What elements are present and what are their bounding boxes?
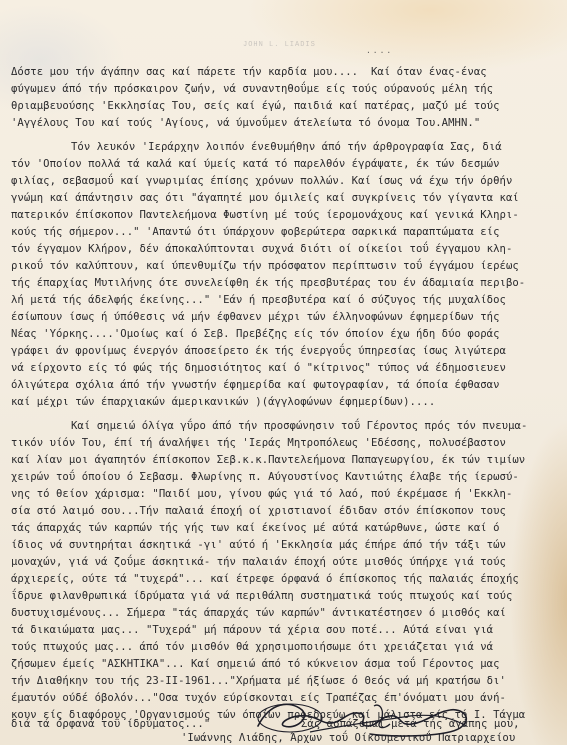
text-line: λή μετά τής άδελφής έκείνης..." 'Εάν ή π… (11, 293, 506, 307)
text-line: διά τά όρφανά τοΰ ίδρύματος..." (11, 717, 210, 731)
text-line: ρικοΰ τόν καλύπτουν, καί ύπενθυμίζω τήν … (11, 259, 519, 273)
text-line: ζήσωμεν έμείς "ΑΣΚΗΤΙΚΑ"... Καί σημειώ ά… (11, 657, 500, 671)
text-line: Τόν λευκόν 'Ιεράρχην λοιπόν ένεθυμήθην ά… (71, 140, 502, 154)
text-line: σία στό λαιμό σου...Τήν παλαιά έποχή οί … (11, 504, 506, 518)
text-line: τόν έγγαμον Κλήρον, δέν άποκαλύπτονται σ… (11, 242, 512, 256)
text-line: άρχιερείς, ούτε τά "τυχερά"... καί έτρεφ… (11, 572, 519, 586)
text-line: μοναχών, γιά νά ζοΰμε άσκητικά- τήν παλα… (11, 555, 506, 569)
text-line: γνώμη καί άπάντησιν σας ότι "άγαπητέ μου… (11, 191, 519, 205)
text-line: τόν 'Οποίον πολλά τά καλά καί ύμείς κατά… (11, 157, 500, 171)
text-line: φιλίας, σεβασμοΰ καί γνωριμίας έπίσης χρ… (11, 174, 512, 188)
text-line: ίδιος νά συντηρήται άσκητικά -γι' αύτό ή… (11, 538, 506, 552)
text-line: τής έπαρχίας Μυτιλήνης ότε συνελείφθη έκ… (11, 276, 525, 290)
text-line: όλιγώτερα σχόλια άπό τήν γνωστήν έφημερί… (11, 378, 500, 392)
text-line: κούς τής σήμερον..." 'Απαντώ ότι ύπάρχου… (11, 225, 500, 239)
text-line: 'Αγγέλους Του καί τούς 'Αγίους, νά ύμνοΰ… (11, 116, 480, 130)
text-line: ΐδρυε φιλανθρωπικά ίδρύματα γιά νά περιθ… (11, 589, 512, 603)
handwritten-signature-icon (250, 696, 480, 740)
text-line: νης τό θείον χάρισμα: "Παιδί μου, γίνου … (11, 487, 512, 501)
bleed-through-letterhead: JOHN L. LIADIS (243, 41, 316, 49)
text-line: Δόστε μου τήν άγάπην σας καί πάρετε τήν … (11, 65, 487, 79)
text-line: έσίωπουν ίσως ή ύπόθεσις νά μήν έφθανεν … (11, 310, 500, 324)
text-line: τήν Διαθήκην του τής 23-ΙΙ-1961..."Χρήμα… (11, 674, 506, 688)
text-line: θριαμβευούσης 'Εκκλησίας Του, σείς καί έ… (11, 99, 500, 113)
text-line: νά είρχοντο είς τό φώς τής δημοσιότητος … (11, 361, 506, 375)
text-line: τά δικαιώματα μας... "Τυχερά" μή πάρουν … (11, 623, 493, 637)
text-line: χειρών τοΰ όποίου ό Σεβασμ. Φλωρίνης π. … (11, 470, 519, 484)
text-line: Καί σημειώ όλίγα γΰρο άπό τήν προσφώνησι… (71, 419, 527, 433)
text-line: καί μέχρι τών έπαρχιακών άμερικανικών )(… (11, 395, 435, 409)
text-line: καί λίαν μοι άγαπητόν έπίσκοπον Σεβ.κ.κ.… (11, 453, 525, 467)
text-line: πατερικόν έπίσκοπον Παντελεήμονα Φωστίνη… (11, 208, 519, 222)
text-line: φύγωμεν άπό τήν πρόσκαιρον ζωήν, νά συνα… (11, 82, 493, 96)
text-line: Νέας 'Υόρκης....'Ομοίως καί ό Σεβ. Πρεβέ… (11, 327, 500, 341)
text-line: τούς πτωχούς μας... άπό τόν μισθόν θά χρ… (11, 640, 493, 654)
text-line: τάς άπαρχάς τών καρπών τής γής των καί έ… (11, 521, 500, 535)
text-line: δυστυχισμένους... Σήμερα "τάς άπαρχάς τώ… (11, 606, 506, 620)
text-line: γράφει άν φρονίμως ένεργόν άποσείρετο έκ… (11, 344, 506, 358)
top-dots: .... (366, 47, 393, 56)
text-line: τικόν υίόν Του, έπί τή άναλήψει τής 'Ιερ… (11, 436, 506, 450)
